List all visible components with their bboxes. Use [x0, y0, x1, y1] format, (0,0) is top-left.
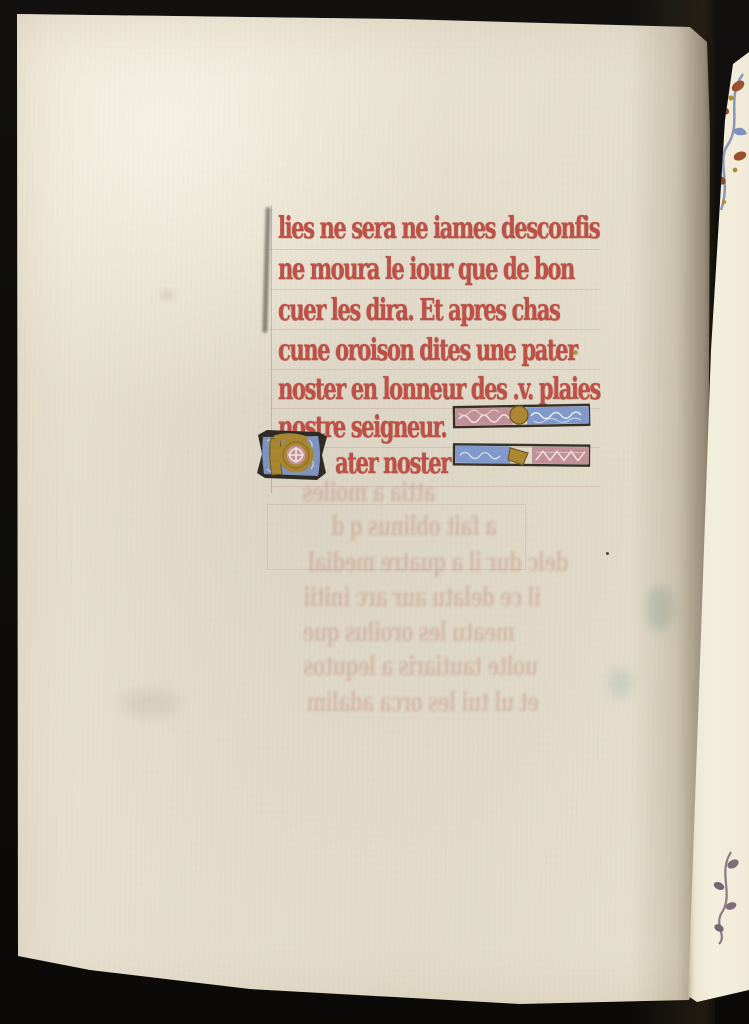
rubric-line-3: cuer les dira. Et apres chas: [278, 293, 559, 328]
photo-stage: lies ne sera ne iames desconfis ne moura…: [0, 0, 749, 1024]
bleedthrough-line: uolte tautiaris a lequtos: [304, 652, 539, 682]
rubric-line-7: ater noster: [335, 446, 450, 481]
rubric-line-1: lies ne sera ne iames desconfis: [278, 211, 599, 246]
rubric-line-2: ne moura le iour que de bon: [278, 252, 574, 287]
bleedthrough-line: delc dur il a quatre medial: [309, 548, 569, 578]
dark-speck: [606, 552, 609, 555]
bleedthrough-line: a fait oblinus q d: [332, 512, 497, 542]
bleedthrough-line: et ul tui les orca adalim: [307, 688, 539, 718]
manuscript-page: lies ne sera ne iames desconfis ne moura…: [0, 0, 749, 1024]
ruling-line: [270, 249, 600, 250]
bleedthrough-line: il ce delatu aur arc initii: [304, 583, 541, 613]
ruling-line: [270, 329, 600, 330]
line-filler-bar: [452, 401, 592, 431]
ruling-line: [270, 369, 600, 370]
bleedthrough-floral-spot: [608, 668, 632, 698]
marginal-flourish-bottom-icon: [709, 848, 743, 948]
stain: [160, 290, 174, 300]
ink-smudge: [262, 207, 270, 333]
bleedthrough-line: attia a moiles: [303, 478, 436, 508]
gold-speck: [572, 350, 578, 355]
bleedthrough-line: meatu les oroilus que: [303, 618, 515, 648]
stain: [120, 690, 180, 716]
line-filler-bar: [452, 440, 592, 469]
rubric-line-4: cune oroison dites une pater: [278, 333, 577, 368]
ruling-line: [270, 289, 600, 290]
bleedthrough-floral-spot: [645, 585, 675, 631]
illuminated-initial-p-icon: [255, 429, 329, 481]
marginal-flourish-top-icon: [711, 70, 749, 220]
